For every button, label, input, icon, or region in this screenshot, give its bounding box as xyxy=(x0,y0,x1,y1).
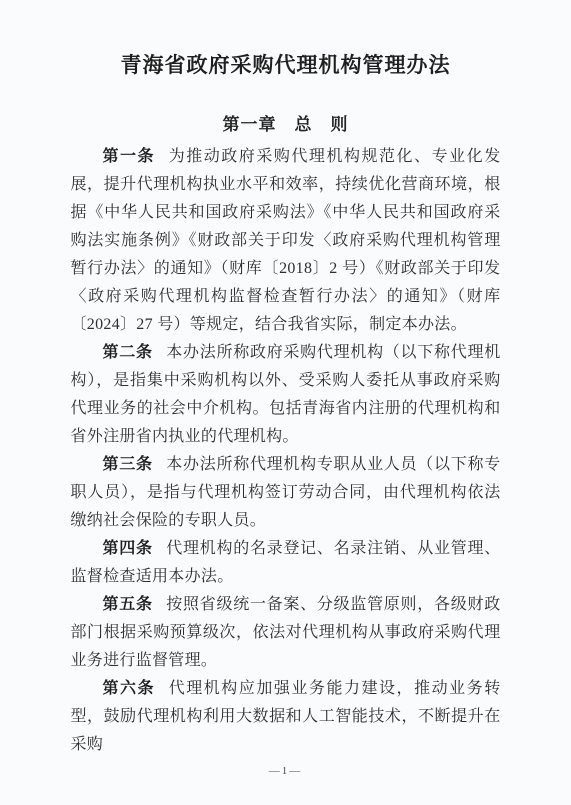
article-paragraph-4: 第四条代理机构的名录登记、名录注销、从业管理、监督检查适用本办法。 xyxy=(71,535,501,591)
article-body-1: 为推动政府采购代理机构规范化、专业化发展，提升代理机构执业水平和效率，持续优化营… xyxy=(71,148,501,333)
article-label-1: 第一条 xyxy=(103,148,156,165)
article-label-4: 第四条 xyxy=(103,540,153,557)
article-paragraph-1: 第一条为推动政府采购代理机构规范化、专业化发展，提升代理机构执业水平和效率，持续… xyxy=(71,143,501,339)
article-paragraph-2: 第二条本办法所称政府采购代理机构（以下称代理机构），是指集中采购机构以外、受采购… xyxy=(71,339,501,451)
document-body: 第一条为推动政府采购代理机构规范化、专业化发展，提升代理机构执业水平和效率，持续… xyxy=(71,143,501,759)
article-label-6: 第六条 xyxy=(103,680,156,697)
article-paragraph-5: 第五条按照省级统一备案、分级监管原则，各级财政部门根据采购预算级次，依法对代理机… xyxy=(71,591,501,675)
article-label-2: 第二条 xyxy=(103,344,153,361)
article-label-3: 第三条 xyxy=(103,456,153,473)
article-paragraph-6: 第六条代理机构应加强业务能力建设，推动业务转型，鼓励代理机构利用大数据和人工智能… xyxy=(71,675,501,759)
document-title: 青海省政府采购代理机构管理办法 xyxy=(0,0,571,80)
chapter-heading: 第一章 总 则 xyxy=(0,110,571,135)
article-label-5: 第五条 xyxy=(103,596,153,613)
page-number: —1— xyxy=(0,765,571,777)
article-paragraph-3: 第三条本办法所称代理机构专职从业人员（以下称专职人员），是指与代理机构签订劳动合… xyxy=(71,451,501,535)
document-page: 青海省政府采购代理机构管理办法 第一章 总 则 第一条为推动政府采购代理机构规范… xyxy=(0,0,571,805)
